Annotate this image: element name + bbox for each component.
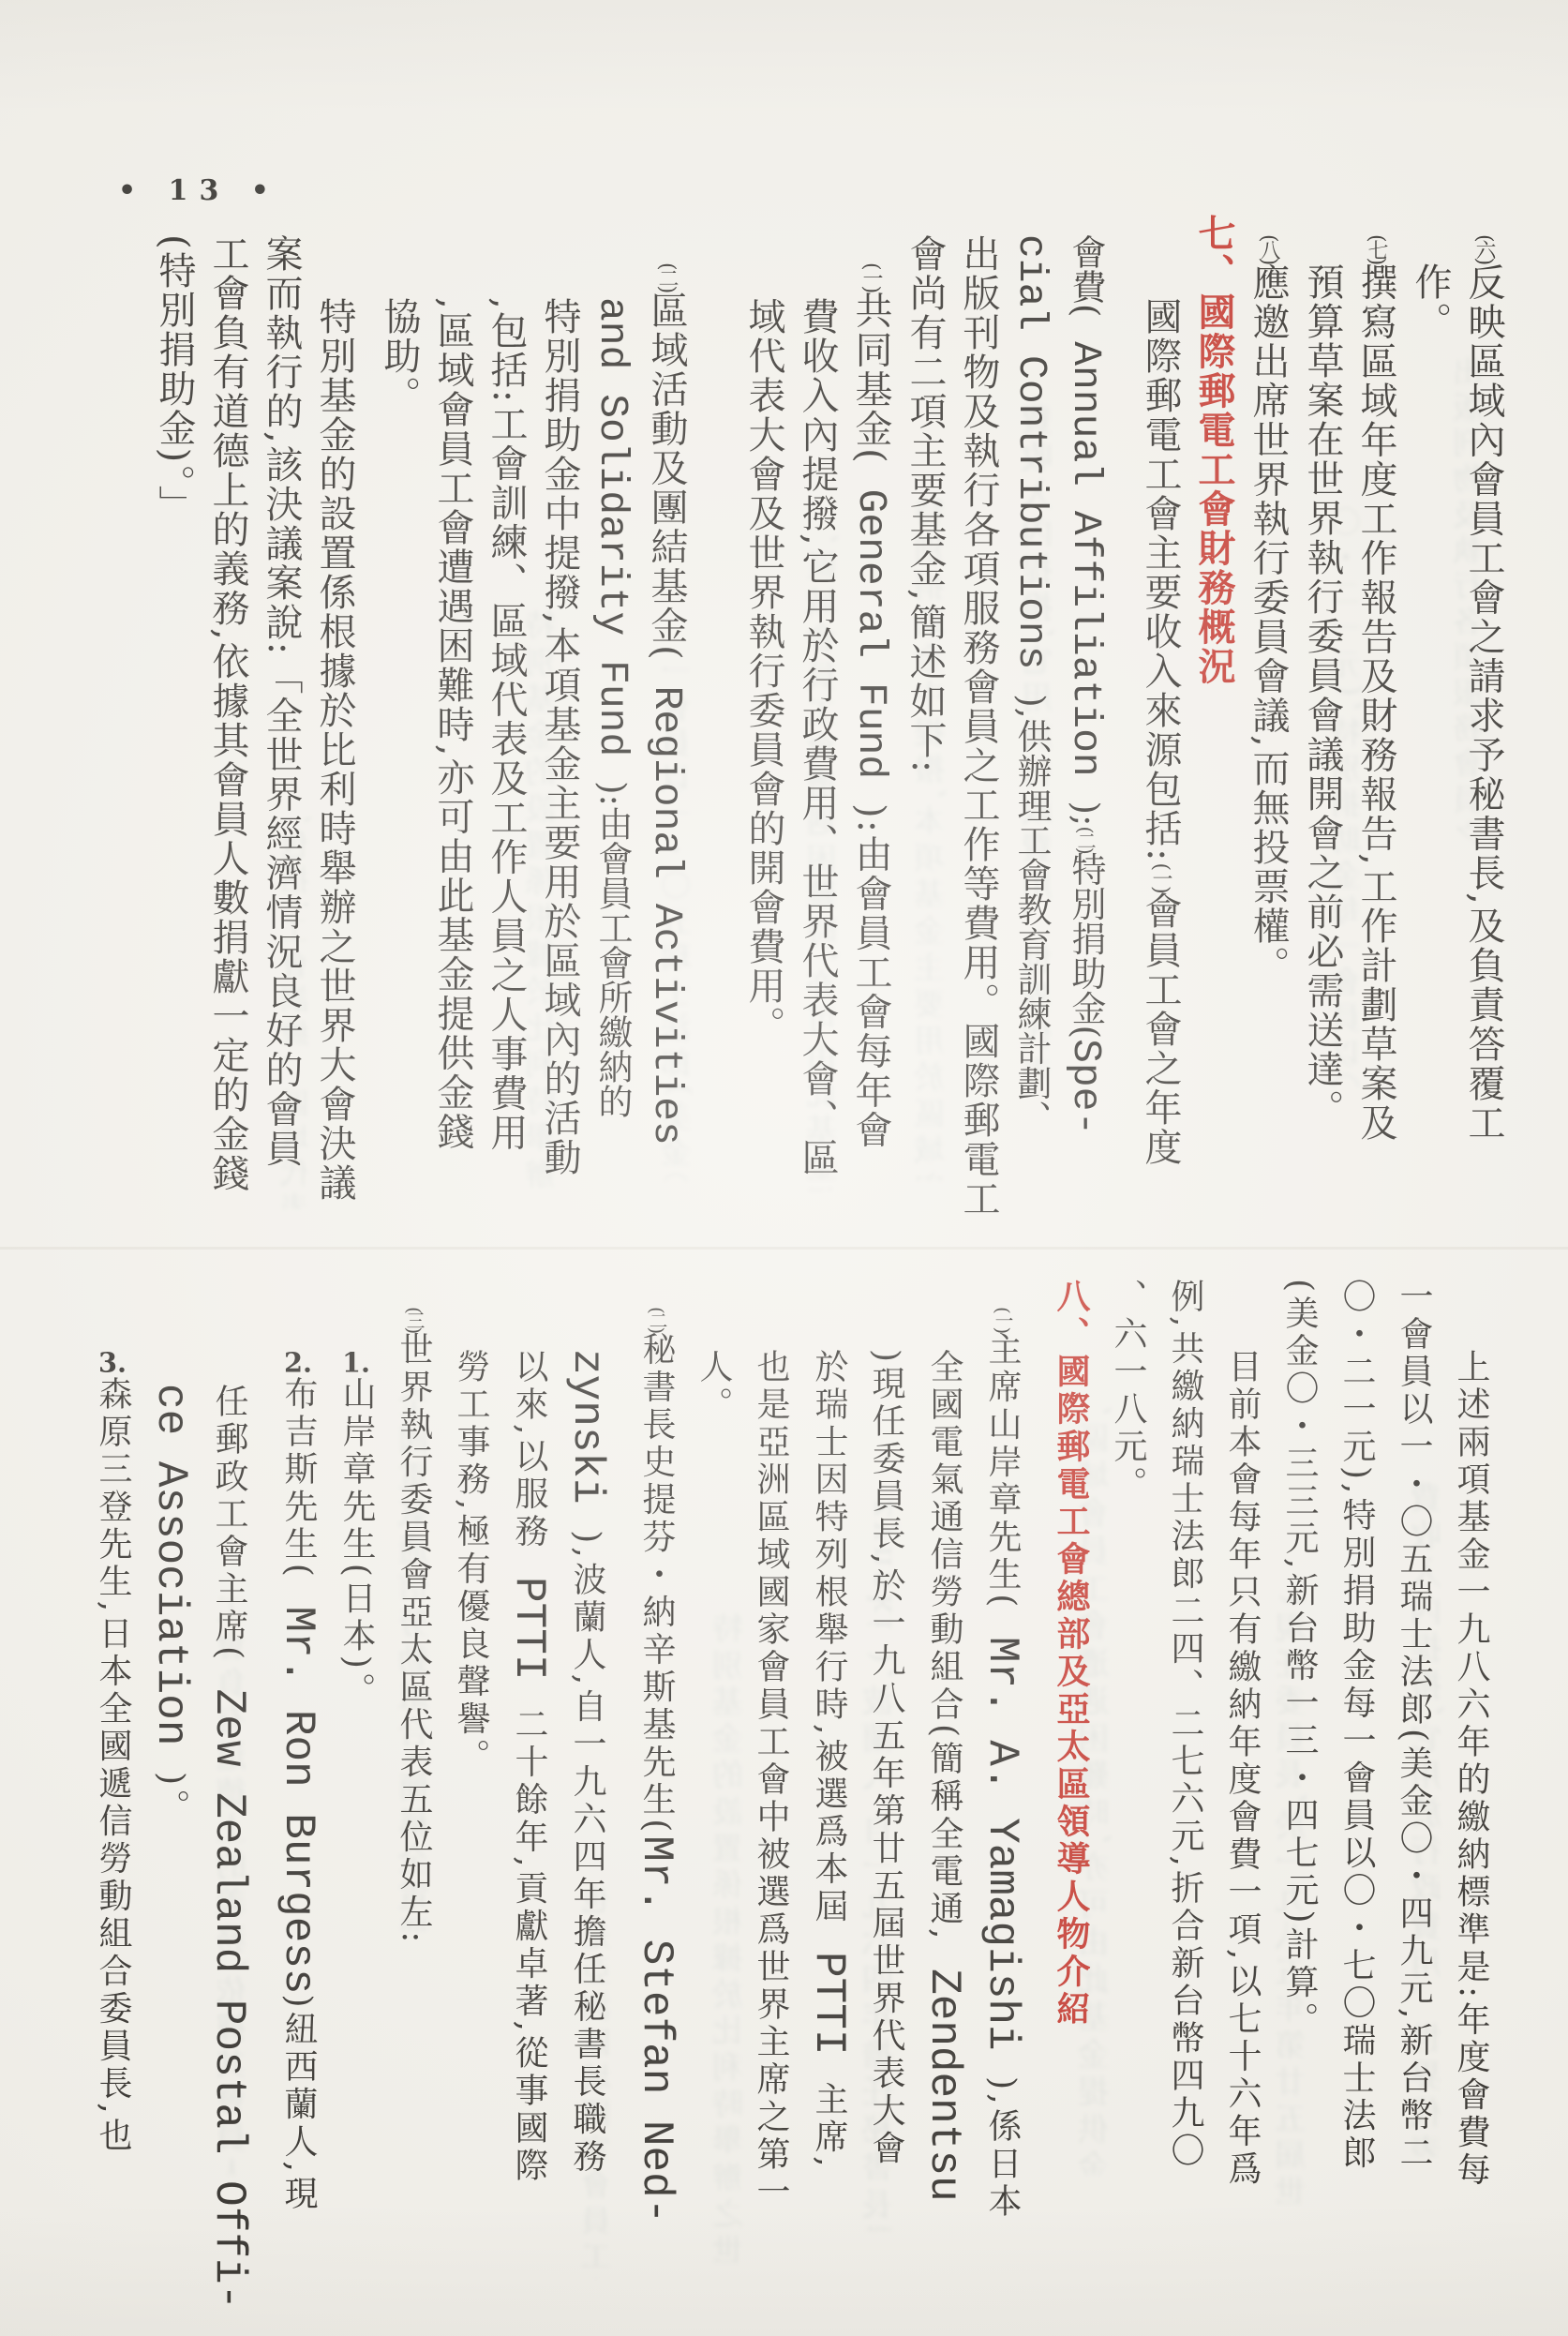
cjk-text: )現任委員長,於一九八五年第廿五屆世界代表大會	[867, 1349, 905, 2168]
cjk-text: 勞工事務,極有優良聲譽。	[452, 1349, 490, 1775]
text-column: 出版刊物及執行各項服務會員之工作等費用。國際郵電工	[951, 214, 1005, 1273]
text-column: 例,共繳納瑞士法郎二四、二七六元,折合新台幣四九〇	[1157, 1258, 1214, 2336]
latin-text: Zendentsu	[919, 1943, 968, 2202]
text-column: (八)應邀出席世界執行委員會議,而無投票權。	[1241, 214, 1295, 1273]
cjk-text: 七、國際郵電工會財務概況	[1192, 214, 1236, 686]
cjk-text: 目前本會每年只有繳納年度會費一項,以七十六年爲	[1223, 1349, 1262, 2188]
cjk-text: 案而執行的,該決議案說:「全世界經濟情況良好的會員	[260, 234, 303, 1168]
text-column: 於瑞士因特列根舉行時,被選爲本屆 PTTI 主席,	[799, 1258, 858, 2336]
cjk-text: 特別捐助金中提撥,本項基金主要用於區域內的活動	[538, 297, 581, 1177]
cjk-text: )紐西蘭人,現	[279, 1995, 318, 2214]
cjk-text: 共同基金(	[849, 291, 892, 465]
text-column: 案而執行的,該決議案說:「全世界經濟情況良好的會員	[254, 214, 307, 1273]
top-text-block: (六)反映區域內會員工會之請求予秘書長,及負責答覆工作。(七)撰寫區域年度工作報…	[147, 214, 1511, 1273]
cjk-text: 人。	[694, 1349, 733, 1424]
item-marker: (二)	[646, 1307, 667, 1331]
cjk-text: 會員工會之年度	[1139, 891, 1182, 1167]
cjk-text: 以來,以服務	[510, 1349, 548, 1550]
cjk-text: ),供辦理工會教育訓練計劃、	[1011, 694, 1052, 1134]
cjk-text: )。	[152, 1772, 190, 1826]
latin-text: Mr. A. Yamagishi	[978, 1610, 1026, 2076]
latin-text: and Solidarity Fund	[590, 297, 635, 781]
text-column: (二)區域活動及團結基金( Regional Activities	[639, 214, 694, 1273]
latin-text: General Fund	[848, 465, 894, 803]
latin-text: Zew Zealand Postal Offi-	[204, 1663, 253, 2310]
cjk-text: 主席,	[810, 2081, 848, 2170]
cjk-text: );	[1066, 801, 1106, 827]
text-column: cial Contributions ),供辦理工會教育訓練計劃、	[1005, 214, 1058, 1273]
text-column: 、六一八元。	[1099, 1258, 1157, 2336]
cjk-text: 任郵政工會主席(	[210, 1384, 248, 1663]
text-column: 目前本會每年只有繳納年度會費一項,以七十六年爲	[1214, 1258, 1271, 2336]
cjk-text: ),係日本	[983, 2076, 1022, 2221]
cjk-text: ),波蘭人,自一九六四年擔任秘書長職務	[568, 1530, 606, 2176]
text-column: 〇・二一元),特別捐助金每一會員以〇・七〇瑞士法郎	[1328, 1258, 1385, 2336]
cjk-text: 特別基金的設置係根據於比利時舉辦之世界大會決議	[313, 297, 356, 1203]
latin-text: cial Contributions	[1008, 234, 1054, 694]
cjk-text: ,包括:工會訓練、區域代表及工作人員之人事費用	[485, 297, 528, 1152]
cjk-text: 也是亞洲區域國家會員工會中被選爲世界主席之第一	[752, 1349, 790, 2211]
section-heading: 八、國際郵電工會總部及亞太區領導人物介紹	[1042, 1258, 1099, 2336]
cjk-text: 於瑞士因特列根舉行時,被選爲本屆	[810, 1349, 848, 1925]
latin-text: Regional Activities	[644, 662, 690, 1146]
text-column: 作。	[1403, 214, 1456, 1273]
latin-text: Annual Affiliation	[1063, 317, 1109, 801]
text-column: 國際郵電工會主要收入來源包括:(一)會員工會之年度	[1133, 214, 1187, 1273]
text-column: (六)反映區域內會員工會之請求予秘書長,及負責答覆工	[1456, 214, 1511, 1273]
bottom-text-block: 上述兩項基金一九八六年的繳納標準是:年度會費每一會員以一・〇五瑞士法郎(美金〇・…	[83, 1258, 1500, 2336]
text-column: 人。	[685, 1258, 742, 2336]
cjk-text: 〇・二一元),特別捐助金每一會員以〇・七〇瑞士法郎	[1337, 1279, 1376, 2173]
latin-text: Spe-	[1063, 1039, 1109, 1135]
page-number: • 13 •	[118, 174, 280, 207]
text-column: (美金〇・三三元,新台幣一三・四七元)計算。	[1271, 1258, 1328, 2336]
text-column: )現任委員長,於一九八五年第廿五屆世界代表大會	[858, 1258, 915, 2336]
cjk-text: 全國電氣通信勞動組合(簡稱全電通,	[925, 1349, 963, 1943]
cjk-text: 作。	[1409, 262, 1452, 341]
text-column: 任郵政工會主席( Zew Zealand Postal Offi-	[200, 1258, 258, 2336]
section-heading: 七、國際郵電工會財務概況	[1187, 214, 1241, 1273]
text-column: (二)秘書長史提芬・納辛斯基先生(Mr. Stefan Ned-	[627, 1258, 685, 2336]
cjk-text: 上述兩項基金一九八六年的繳納標準是:年度會費每	[1452, 1349, 1490, 2189]
cjk-text: (特別捐助金)。」	[153, 234, 196, 524]
text-column: 會尚有二項主要基金,簡述如下:	[898, 214, 951, 1273]
latin-text: zynski	[562, 1349, 611, 1530]
text-column: 特別基金的設置係根據於比利時舉辦之世界大會決議	[307, 214, 361, 1273]
list-number: 3.	[97, 1349, 128, 1376]
latin-text: Mr. Ron Burgess	[274, 1580, 322, 1995]
cjk-text: 會費(	[1066, 234, 1106, 317]
cjk-text: ):由會員工會每年會	[849, 803, 892, 1149]
cjk-text: ):由會員工會所繳納的	[592, 781, 633, 1118]
text-column: (七)撰寫區域年度工作報告及財務報告,工作計劃草案及	[1349, 214, 1403, 1273]
cjk-text: 撰寫區域年度工作報告及財務報告,工作計劃草案及	[1354, 262, 1397, 1143]
latin-text: ce Association	[146, 1384, 195, 1772]
text-column: 特別捐助金中提撥,本項基金主要用於區域內的活動	[532, 214, 586, 1273]
text-column: 工會負有道德上的義務,依據其會員人數捐獻一定的金錢	[201, 214, 254, 1273]
cjk-text: 一會員以一・〇五瑞士法郎(美金〇・四九元,新台幣二	[1395, 1279, 1433, 2173]
cjk-text: 預算草案在世界執行委員會議開會之前必需送達。	[1301, 262, 1344, 1129]
text-column: 協助。	[372, 214, 426, 1273]
cjk-text: 特別捐助金(	[1066, 852, 1106, 1039]
cjk-text: 國際郵電工會主要收入來源包括:	[1139, 297, 1182, 862]
cjk-text: ,區域會員工會遭遇困難時,亦可由此基金提供金錢	[431, 297, 474, 1151]
cjk-text: (美金〇・三三元,新台幣一三・四七元)計算。	[1280, 1279, 1319, 2040]
text-column: 以來,以服務 PTTI 二十餘年,貢獻卓著,從事國際	[500, 1258, 558, 2336]
cjk-text: 八、國際郵電工會總部及亞太區領導人物介紹	[1052, 1279, 1091, 2029]
cjk-text: 反映區域內會員工會之請求予秘書長,及負責答覆工	[1462, 262, 1505, 1143]
list-number: 1.	[340, 1349, 372, 1376]
text-column: 2.布吉斯先生( Mr. Ron Burgess)紐西蘭人,現	[269, 1258, 327, 2336]
cjk-text: 出版刊物及執行各項服務會員之工作等費用。國際郵電工	[957, 234, 1000, 1219]
cjk-text: 會尚有二項主要基金,簡述如下:	[903, 234, 947, 774]
cjk-text: 森原三登先生,日本全國遞信勞動組合委員長,也	[94, 1376, 132, 2155]
text-column: 勞工事務,極有優良聲譽。	[442, 1258, 500, 2336]
text-column: 會費( Annual Affiliation );(二)特別捐助金(Spe-	[1058, 214, 1113, 1273]
text-column: ce Association )。	[142, 1258, 200, 2336]
item-marker: (三)	[403, 1307, 425, 1331]
item-marker: (七)	[1365, 234, 1388, 262]
latin-text: PTTI	[804, 1925, 853, 2081]
cjk-text: 世界執行委員會亞太區代表五位如左:	[395, 1331, 433, 1946]
cjk-text: 域代表大會及世界執行委員會的開會費用。	[742, 297, 785, 1045]
cjk-text: 、六一八元。	[1109, 1279, 1147, 1504]
text-column: 3.森原三登先生,日本全國遞信勞動組合委員長,也	[83, 1258, 142, 2336]
cjk-text: 布吉斯先生(	[279, 1376, 318, 1580]
text-column: 1.山岸章先生(日本)。	[327, 1258, 385, 2336]
text-column: ,區域會員工會遭遇困難時,亦可由此基金提供金錢	[426, 214, 479, 1273]
text-column: 全國電氣通信勞動組合(簡稱全電通, Zendentsu	[915, 1258, 973, 2336]
cjk-text: 山岸章先生(日本)。	[337, 1376, 376, 1710]
cjk-text: 例,共繳納瑞士法郎二四、二七六元,折合新台幣四九〇	[1166, 1279, 1204, 2170]
list-number: 2.	[282, 1349, 314, 1376]
text-column: 費收入內提撥,它用於行政費用、世界代表大會、區	[790, 214, 844, 1273]
item-marker: (二)	[655, 262, 679, 291]
text-column: 預算草案在世界執行委員會議開會之前必需送達。	[1295, 214, 1349, 1273]
cjk-text: 二十餘年,貢獻卓著,從事國際	[510, 1706, 548, 2185]
text-column: 也是亞洲區域國家會員工會中被選爲世界主席之第一	[742, 1258, 799, 2336]
text-column: (一)共同基金( General Fund ):由會員工會每年會	[844, 214, 898, 1273]
text-column: (特別捐助金)。」	[147, 214, 201, 1273]
cjk-text: 協助。	[378, 297, 421, 415]
cjk-text: 秘書長史提芬・納辛斯基先生(	[637, 1331, 676, 1835]
item-marker: (一)	[1149, 862, 1172, 891]
cjk-text: 主席山岸章先生(	[983, 1331, 1022, 1610]
item-marker: (一)	[859, 262, 883, 291]
text-column: 上述兩項基金一九八六年的繳納標準是:年度會費每	[1442, 1258, 1500, 2336]
cjk-text: 區域活動及團結基金(	[645, 291, 688, 662]
text-column: (一)主席山岸章先生( Mr. A. Yamagishi ),係日本	[973, 1258, 1031, 2336]
cjk-text: 工會負有道德上的義務,依據其會員人數捐獻一定的金錢	[206, 234, 249, 1193]
latin-text: PTTI	[504, 1550, 553, 1706]
text-column: (三)世界執行委員會亞太區代表五位如左:	[385, 1258, 442, 2336]
latin-text: Mr. Stefan Ned-	[632, 1835, 680, 2224]
cjk-text: 費收入內提撥,它用於行政費用、世界代表大會、區	[796, 297, 839, 1177]
cjk-text: 應邀出席世界執行委員會議,而無投票權。	[1247, 262, 1290, 985]
text-column: zynski ),波蘭人,自一九六四年擔任秘書長職務	[558, 1258, 616, 2336]
item-marker: (一)	[992, 1307, 1013, 1331]
text-column: 一會員以一・〇五瑞士法郎(美金〇・四九元,新台幣二	[1385, 1258, 1442, 2336]
item-marker: (八)	[1257, 234, 1280, 262]
item-marker: (二)	[1074, 826, 1097, 851]
text-column: and Solidarity Fund ):由會員工會所繳納的	[586, 214, 639, 1273]
item-marker: (六)	[1472, 234, 1496, 262]
text-column: ,包括:工會訓練、區域代表及工作人員之人事費用	[479, 214, 532, 1273]
text-column: 域代表大會及世界執行委員會的開會費用。	[737, 214, 790, 1273]
